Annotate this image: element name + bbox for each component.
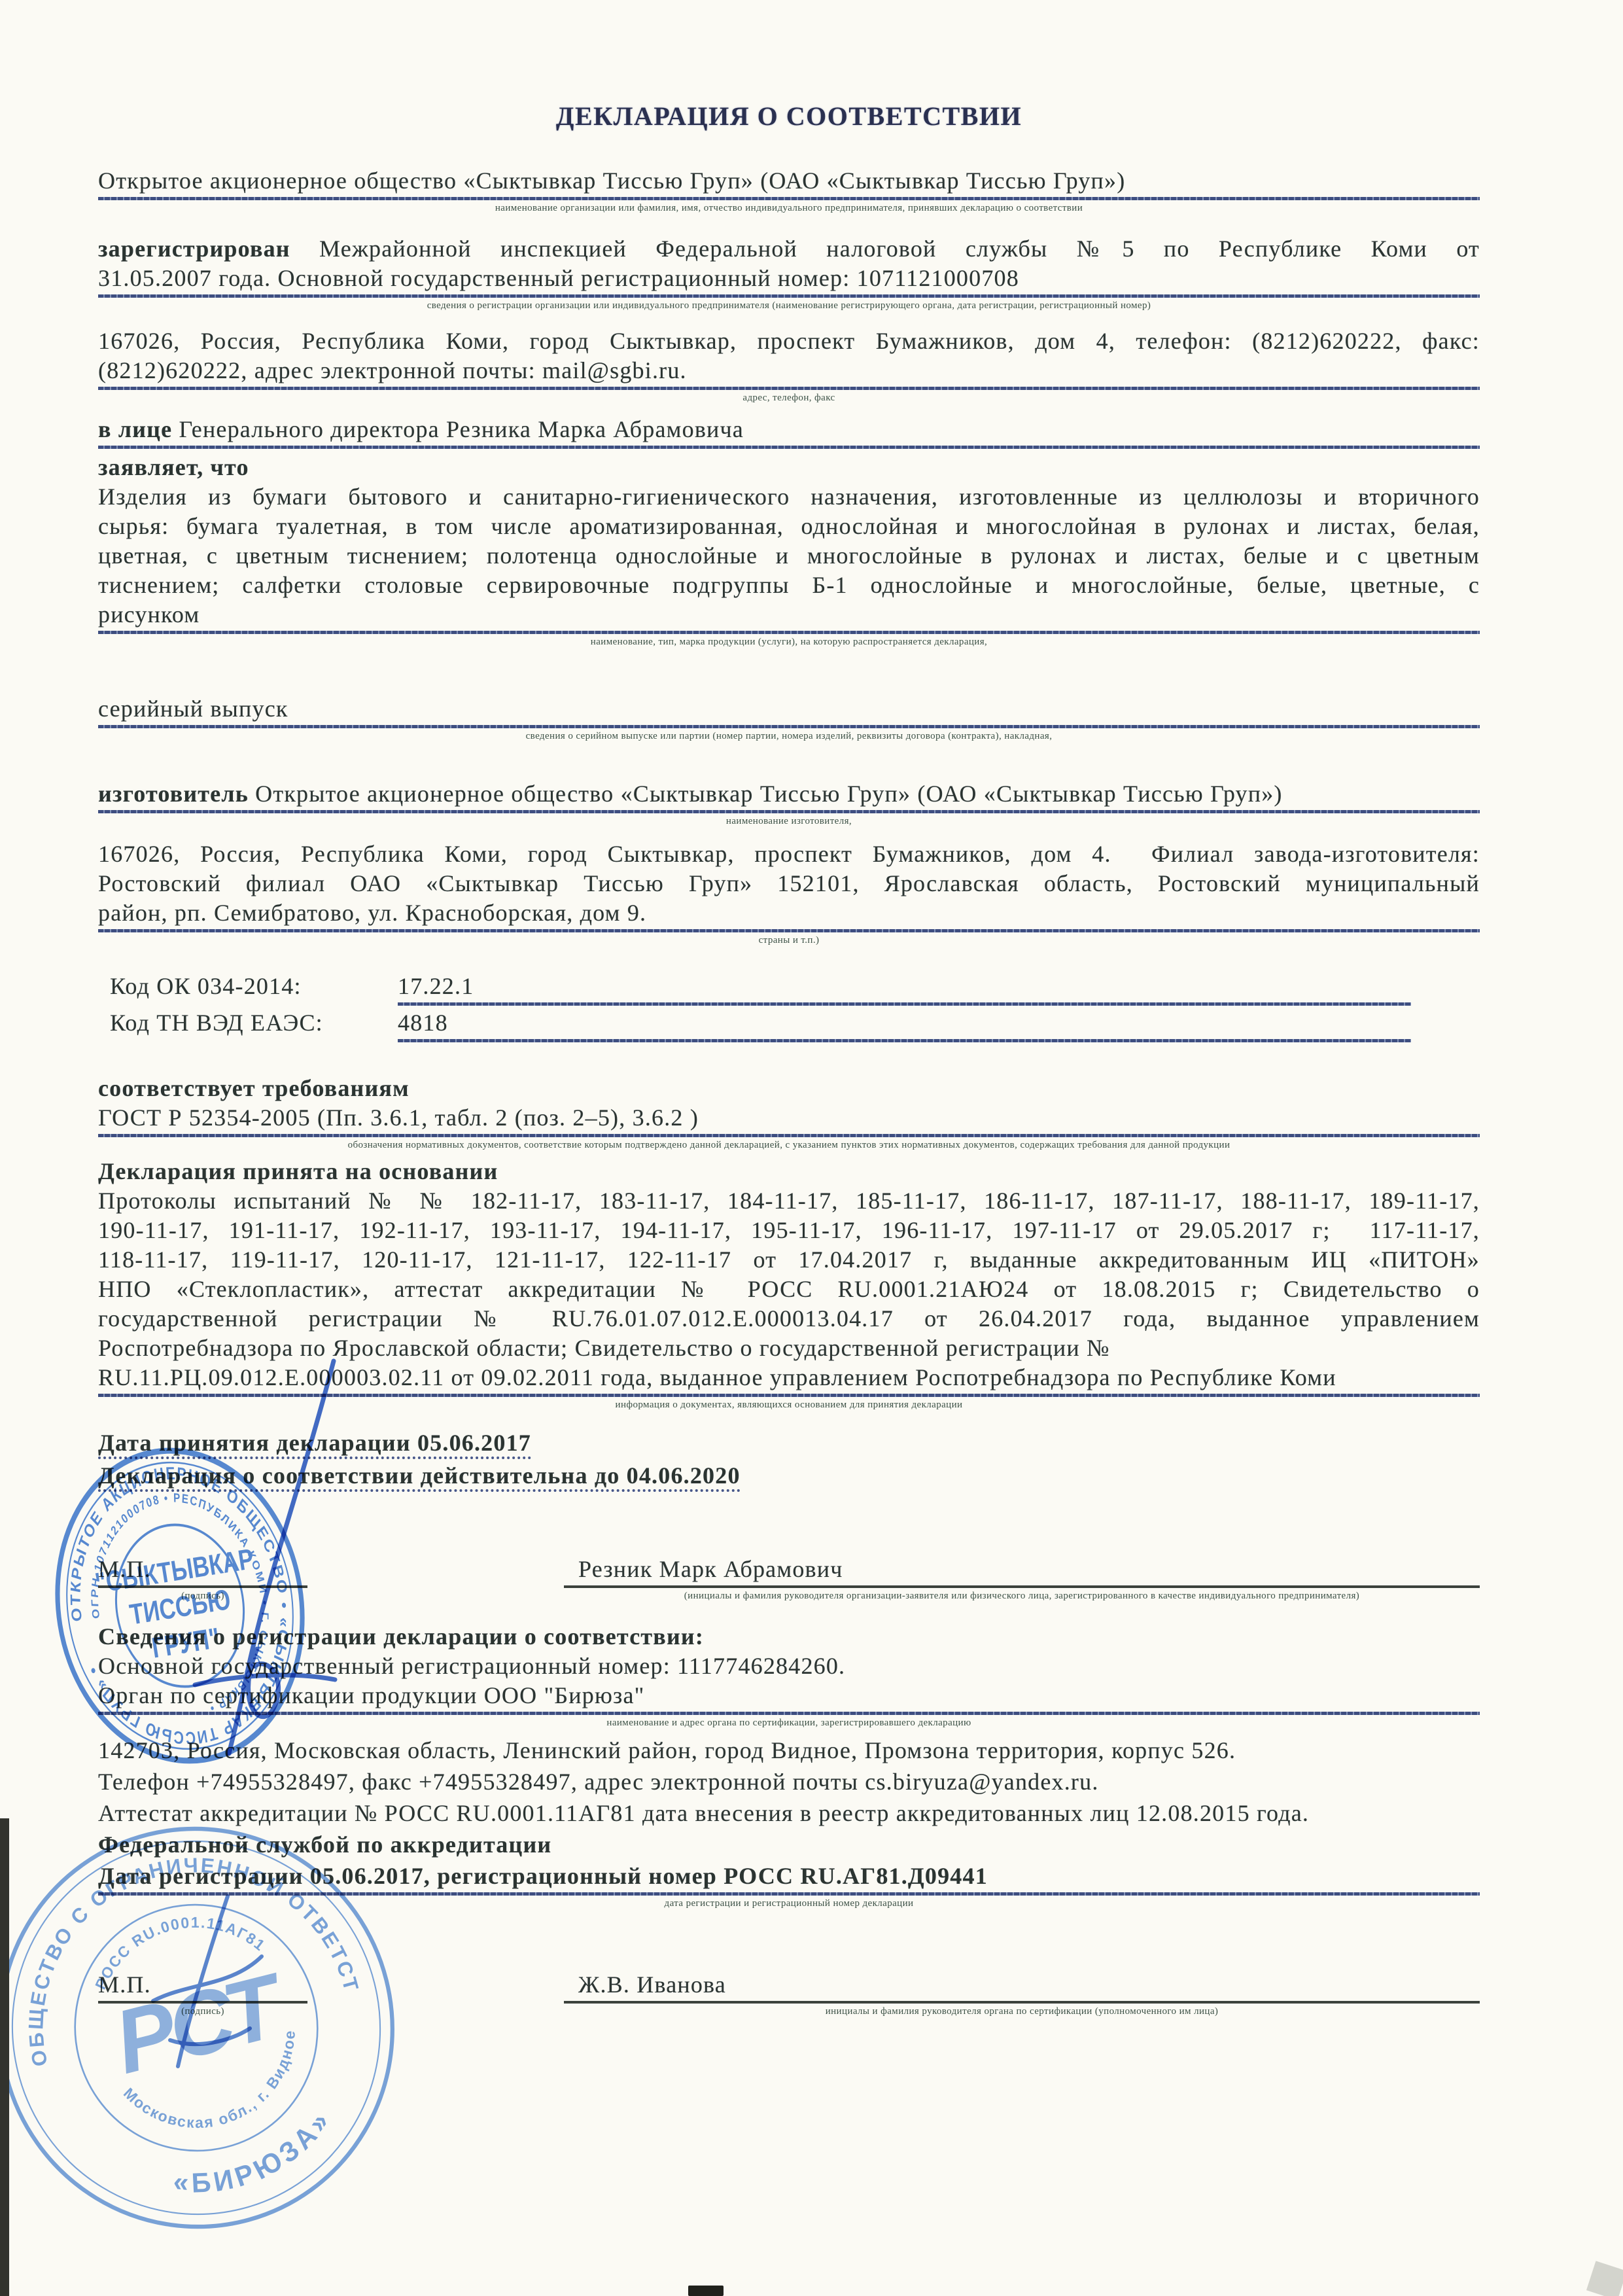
signer-name-field: Резник Марк Абрамович (инициалы и фамили… bbox=[564, 1555, 1480, 1602]
standard-line: ГОСТ Р 52354-2005 (Пп. 3.6.1, табл. 2 (п… bbox=[98, 1103, 1480, 1133]
stamp2-inner-bottom-text: Московская обл., г. Видное bbox=[114, 2025, 317, 2151]
basis-field: Протоколы испытаний № № 182-11-17, 183-1… bbox=[98, 1186, 1480, 1411]
serial-caption: сведения о серийном выпуске или партии (… bbox=[98, 730, 1480, 743]
cert-contacts: Телефон +74955328497, факс +74955328497,… bbox=[98, 1766, 1480, 1797]
cert-federal-service: Федеральной службой по аккредитации bbox=[98, 1829, 1480, 1860]
code-row: Код ТН ВЭД ЕАЭС: 4818 bbox=[98, 1008, 1480, 1042]
field-underline bbox=[398, 1039, 1411, 1042]
signature-row-declarant: М.П. (подпись) Резник Марк Абрамович (ин… bbox=[98, 1555, 1480, 1602]
field-underline bbox=[98, 197, 1480, 200]
registration-date-field: Дата регистрации 05.06.2017, регистрацио… bbox=[98, 1862, 1480, 1910]
basis-line: RU.11.РЦ.09.012.Е.000003.02.11 от 09.02.… bbox=[98, 1363, 1480, 1392]
valid-until-row: Декларация о соответствии действительна … bbox=[98, 1461, 1480, 1492]
manufacturer-address-line: район, рп. Семибратово, ул. Красноборска… bbox=[98, 898, 1480, 928]
in-person-field: в лице Генерального директора Резника Ма… bbox=[98, 415, 1480, 449]
declares-heading: заявляет, что bbox=[98, 453, 1480, 482]
registration-line-1-rest: Межрайонной инспекцией Федеральной налог… bbox=[290, 236, 1480, 262]
cert-address: 142703, Россия, Московская область, Лени… bbox=[98, 1735, 1480, 1766]
signature-line bbox=[98, 2001, 307, 2004]
manufacturer-name: Открытое акционерное общество «Сыктывкар… bbox=[249, 781, 1283, 807]
registration-ogrn: Основной государственный регистрационный… bbox=[98, 1651, 1480, 1681]
basis-line: НПО «Стеклопластик», аттестат аккредитац… bbox=[98, 1275, 1480, 1304]
registration-date-line: Дата регистрации 05.06.2017, регистрацио… bbox=[98, 1862, 1480, 1891]
code-label: Код ТН ВЭД ЕАЭС: bbox=[98, 1008, 398, 1042]
registration-info-heading: Сведения о регистрации декларации о соот… bbox=[98, 1622, 1480, 1651]
registration-line-2: 31.05.2007 года. Основной государственны… bbox=[98, 264, 1480, 293]
registration-date-caption: дата регистрации и регистрационный номер… bbox=[98, 1897, 1480, 1910]
field-underline bbox=[98, 1892, 1480, 1896]
signer-name-caption: инициалы и фамилия руководителя органа п… bbox=[564, 2005, 1480, 2018]
address-caption: адрес, телефон, факс bbox=[98, 391, 1480, 404]
field-underline bbox=[98, 294, 1480, 298]
field-underline bbox=[98, 387, 1480, 390]
cert-body-caption: наименование и адрес органа по сертифика… bbox=[98, 1716, 1480, 1729]
valid-until: Декларация о соответствии действительна … bbox=[98, 1462, 741, 1492]
basis-caption: информация о документах, являющихся осно… bbox=[98, 1398, 1480, 1411]
product-line: сырья: бумага туалетная, в том числе аро… bbox=[98, 512, 1480, 541]
signature-line bbox=[98, 1585, 307, 1588]
conforms-heading: соответствует требованиям bbox=[98, 1074, 1480, 1103]
code-label: Код ОК 034-2014: bbox=[98, 972, 398, 1006]
in-person-bold: в лице bbox=[98, 416, 172, 442]
date-accepted: Дата принятия декларации 05.06.2017 bbox=[98, 1430, 531, 1459]
code-value-field: 17.22.1 bbox=[398, 972, 1411, 1006]
manufacturer-address-field: 167026, Россия, Республика Коми, город С… bbox=[98, 839, 1480, 947]
manufacturer-caption: наименование изготовителя, bbox=[98, 815, 1480, 828]
manufacturer-address-line: Ростовский филиал ОАО «Сыктывкар Тиссью … bbox=[98, 869, 1480, 898]
basis-line: 118-11-17, 119-11-17, 120-11-17, 121-11-… bbox=[98, 1245, 1480, 1275]
declarant-name: Открытое акционерное общество «Сыктывкар… bbox=[98, 166, 1480, 196]
svg-text:Московская обл., г. Видное: Московская обл., г. Видное bbox=[114, 2025, 317, 2151]
product-line: Изделия из бумаги бытового и санитарно-г… bbox=[98, 482, 1480, 512]
signer-name-field: Ж.В. Иванова инициалы и фамилия руководи… bbox=[564, 1970, 1480, 2018]
stamp-place-field: М.П. (подпись) bbox=[98, 1555, 307, 1602]
serial-field: серийный выпуск сведения о серийном выпу… bbox=[98, 694, 1480, 743]
product-line: цветная, с цветным тиснением; полотенца … bbox=[98, 541, 1480, 571]
field-underline bbox=[98, 1394, 1480, 1397]
in-person-rest: Генерального директора Резника Марка Абр… bbox=[172, 416, 744, 442]
signature-caption: (подпись) bbox=[98, 2005, 307, 2018]
manufacturer-line: изготовитель Открытое акционерное общест… bbox=[98, 779, 1480, 809]
declarant-name-field: Открытое акционерное общество «Сыктывкар… bbox=[98, 166, 1480, 215]
manufacturer-address-line: 167026, Россия, Республика Коми, город С… bbox=[98, 839, 1480, 869]
basis-line: Роспотребнадзора по Ярославской области;… bbox=[98, 1333, 1480, 1363]
scan-corner-artifact bbox=[1586, 2261, 1623, 2296]
signer-name: Резник Марк Абрамович bbox=[564, 1555, 1480, 1584]
field-underline bbox=[98, 1134, 1480, 1137]
mp-label: М.П. bbox=[98, 1555, 307, 1584]
product-line: тиснением; салфетки столовые сервировочн… bbox=[98, 571, 1480, 600]
address-line-1: 167026, Россия, Республика Коми, город С… bbox=[98, 327, 1480, 356]
signature-caption: (подпись) bbox=[98, 1589, 307, 1602]
code-row: Код ОК 034-2014: 17.22.1 bbox=[98, 972, 1480, 1006]
standard-field: ГОСТ Р 52354-2005 (Пп. 3.6.1, табл. 2 (п… bbox=[98, 1103, 1480, 1152]
in-person-line: в лице Генерального директора Резника Ма… bbox=[98, 415, 1480, 444]
field-underline bbox=[98, 929, 1480, 932]
product-caption: наименование, тип, марка продукции (услу… bbox=[98, 635, 1480, 648]
page-title: ДЕКЛАРАЦИЯ О СООТВЕТСТВИИ bbox=[98, 101, 1480, 131]
svg-text:«БИРЮЗА»: «БИРЮЗА» bbox=[158, 2098, 348, 2209]
field-underline bbox=[98, 446, 1480, 449]
manufacturer-field: изготовитель Открытое акционерное общест… bbox=[98, 779, 1480, 828]
manufacturer-bold: изготовитель bbox=[98, 781, 249, 807]
field-underline bbox=[398, 1002, 1411, 1006]
basis-line: Протоколы испытаний № № 182-11-17, 183-1… bbox=[98, 1186, 1480, 1216]
product-line: рисунком bbox=[98, 600, 1480, 629]
product-description-field: Изделия из бумаги бытового и санитарно-г… bbox=[98, 482, 1480, 648]
field-underline bbox=[98, 810, 1480, 813]
declarant-registration-field: зарегистрирован Межрайонной инспекцией Ф… bbox=[98, 234, 1480, 312]
signature-row-cert-body: М.П. (подпись) Ж.В. Иванова инициалы и ф… bbox=[98, 1970, 1480, 2018]
signature-line bbox=[564, 2001, 1480, 2004]
stamp2-outer-bottom-text: «БИРЮЗА» bbox=[158, 2098, 348, 2209]
basis-heading: Декларация принята на основании bbox=[98, 1157, 1480, 1186]
declaration-document: ДЕКЛАРАЦИЯ О СООТВЕТСТВИИ Открытое акцио… bbox=[98, 0, 1480, 2018]
cert-body-line: Орган по сертификации продукции ООО "Бир… bbox=[98, 1681, 1480, 1710]
field-underline bbox=[98, 631, 1480, 634]
serial-line: серийный выпуск bbox=[98, 694, 1480, 724]
field-underline bbox=[98, 1712, 1480, 1715]
code-value: 17.22.1 bbox=[398, 972, 1411, 1001]
stamp-place-field: М.П. (подпись) bbox=[98, 1970, 307, 2018]
registration-line-1: зарегистрирован Межрайонной инспекцией Ф… bbox=[98, 234, 1480, 264]
address-line-2: (8212)620222, адрес электронной почты: m… bbox=[98, 356, 1480, 385]
scan-edge-artifact bbox=[0, 1818, 9, 2296]
field-underline bbox=[98, 725, 1480, 728]
mp-label: М.П. bbox=[98, 1970, 307, 2000]
codes-block: Код ОК 034-2014: 17.22.1 Код ТН ВЭД ЕАЭС… bbox=[98, 972, 1480, 1042]
cert-attestation: Аттестат аккредитации № РОСС RU.0001.11А… bbox=[98, 1797, 1480, 1829]
basis-line: 190-11-17, 191-11-17, 192-11-17, 193-11-… bbox=[98, 1216, 1480, 1245]
registration-caption: сведения о регистрации организации или и… bbox=[98, 299, 1480, 312]
declarant-address-field: 167026, Россия, Республика Коми, город С… bbox=[98, 327, 1480, 404]
cert-body-field: Орган по сертификации продукции ООО "Бир… bbox=[98, 1681, 1480, 1729]
cert-body-details: 142703, Россия, Московская область, Лени… bbox=[98, 1735, 1480, 1860]
manufacturer-address-caption: страны и т.п.) bbox=[98, 934, 1480, 947]
code-value-field: 4818 bbox=[398, 1008, 1411, 1042]
registration-bold-word: зарегистрирован bbox=[98, 236, 290, 262]
code-value: 4818 bbox=[398, 1008, 1411, 1038]
standard-caption: обозначения нормативных документов, соот… bbox=[98, 1139, 1480, 1152]
declarant-name-caption: наименование организации или фамилия, им… bbox=[98, 202, 1480, 215]
date-accepted-row: Дата принятия декларации 05.06.2017 bbox=[98, 1428, 1480, 1459]
signer-name: Ж.В. Иванова bbox=[564, 1970, 1480, 2000]
scan-bottom-artifact bbox=[688, 2286, 724, 2296]
signer-name-caption: (инициалы и фамилия руководителя организ… bbox=[564, 1589, 1480, 1602]
signature-line bbox=[564, 1585, 1480, 1588]
basis-line: государственной регистрации № RU.76.01.0… bbox=[98, 1304, 1480, 1333]
